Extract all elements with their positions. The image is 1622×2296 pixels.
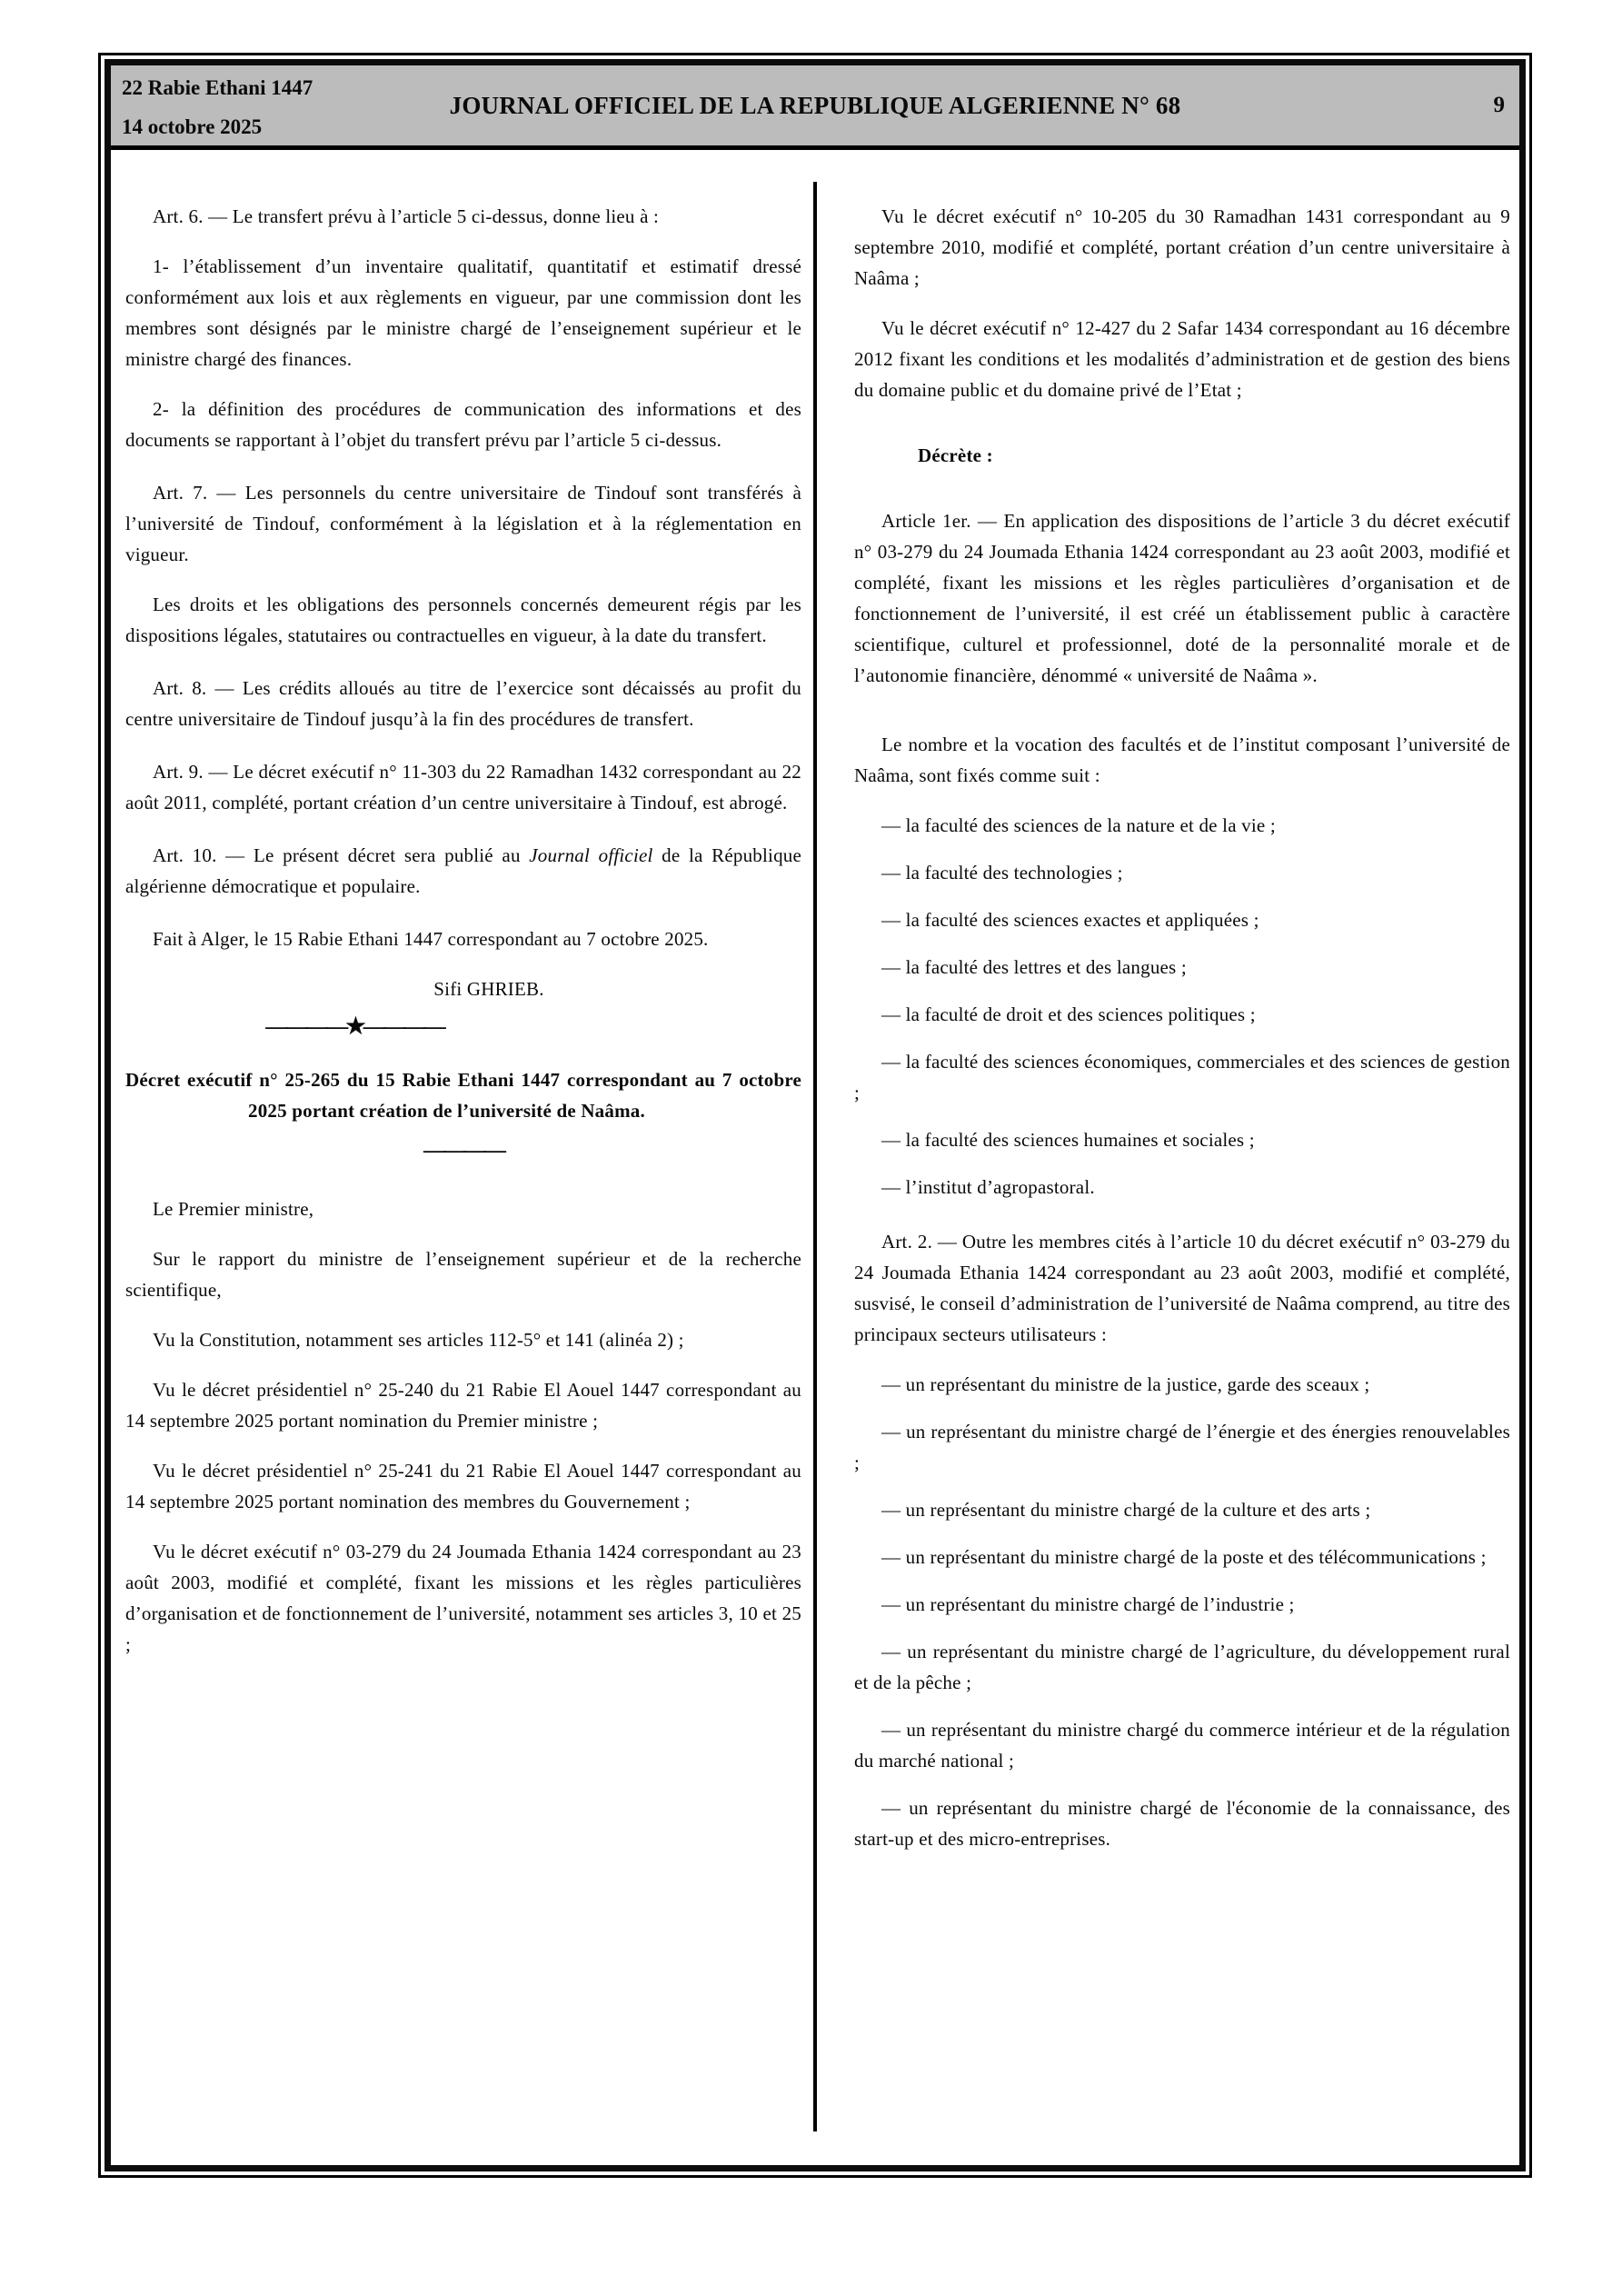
article-6-item-2: 2- la définition des procédures de commu… [125, 394, 801, 455]
article-8-paragraph: Art. 8. — Les crédits alloués au titre d… [125, 673, 801, 734]
page-frame: 22 Rabie Ethani 1447 14 octobre 2025 JOU… [98, 53, 1532, 2178]
signature: Sifi GHRIEB. [125, 973, 801, 1004]
dash-separator: ———— [125, 1135, 801, 1166]
page-content: Art. 6. — Le transfert prévu à l’article… [111, 150, 1519, 2165]
faculties-intro-paragraph: Le nombre et la vocation des facultés et… [854, 729, 1510, 791]
left-column: Art. 6. — Le transfert prévu à l’article… [125, 150, 801, 2165]
representative-item: — un représentant du ministre chargé du … [854, 1714, 1510, 1776]
right-column: Vu le décret exécutif n° 10-205 du 30 Ra… [854, 150, 1510, 2165]
article-1-paragraph: Article 1er. — En application des dispos… [854, 505, 1510, 691]
premier-ministre-paragraph: Le Premier ministre, [125, 1193, 801, 1224]
decret-25-240-paragraph: Vu le décret présidentiel n° 25-240 du 2… [125, 1374, 801, 1436]
page-number: 9 [1494, 65, 1506, 145]
decret-03-279-paragraph: Vu le décret exécutif n° 03-279 du 24 Jo… [125, 1536, 801, 1660]
rapport-paragraph: Sur le rapport du ministre de l’enseigne… [125, 1243, 801, 1305]
article-6-paragraph: Art. 6. — Le transfert prévu à l’article… [125, 201, 801, 232]
page-frame-inner: 22 Rabie Ethani 1447 14 octobre 2025 JOU… [104, 59, 1526, 2171]
column-divider [813, 182, 817, 2131]
representative-item: — un représentant du ministre chargé de … [854, 1636, 1510, 1698]
article-7-rights-paragraph: Les droits et les obligations des person… [125, 589, 801, 651]
article-10-text-before: Art. 10. — Le présent décret sera publié… [153, 844, 529, 866]
faculty-item: — la faculté des sciences humaines et so… [854, 1124, 1510, 1155]
decree-heading: Décret exécutif n° 25-265 du 15 Rabie Et… [125, 1064, 801, 1126]
faculty-item: — l’institut d’agropastoral. [854, 1172, 1510, 1203]
constitution-paragraph: Vu la Constitution, notamment ses articl… [125, 1324, 801, 1355]
faculty-item: — la faculté des sciences de la nature e… [854, 810, 1510, 841]
journal-officiel-italic: Journal officiel [529, 844, 652, 866]
faculty-item: — la faculté des technologies ; [854, 857, 1510, 888]
representative-item: — un représentant du ministre chargé de … [854, 1494, 1510, 1525]
representative-item: — un représentant du ministre chargé de … [854, 1542, 1510, 1572]
decret-12-427-paragraph: Vu le décret exécutif n° 12-427 du 2 Saf… [854, 313, 1510, 405]
representative-item: — un représentant du ministre chargé de … [854, 1416, 1510, 1478]
fait-a-alger-paragraph: Fait à Alger, le 15 Rabie Ethani 1447 co… [125, 923, 801, 954]
representative-item: — un représentant du ministre de la just… [854, 1369, 1510, 1400]
article-2-paragraph: Art. 2. — Outre les membres cités à l’ar… [854, 1226, 1510, 1350]
representative-item: — un représentant du ministre chargé de … [854, 1589, 1510, 1620]
faculty-item: — la faculté des lettres et des langues … [854, 952, 1510, 983]
faculty-item: — la faculté des sciences économiques, c… [854, 1046, 1510, 1108]
decret-10-205-paragraph: Vu le décret exécutif n° 10-205 du 30 Ra… [854, 201, 1510, 294]
faculty-item: — la faculté des sciences exactes et app… [854, 904, 1510, 935]
article-7-paragraph: Art. 7. — Les personnels du centre unive… [125, 477, 801, 570]
journal-header: 22 Rabie Ethani 1447 14 octobre 2025 JOU… [111, 65, 1519, 150]
article-10-paragraph: Art. 10. — Le présent décret sera publié… [125, 840, 801, 902]
journal-page: { "header": { "date_hijri": "22 Rabie Et… [0, 0, 1622, 2296]
star-separator: ————★———— [125, 1012, 583, 1043]
faculty-item: — la faculté de droit et des sciences po… [854, 999, 1510, 1030]
representative-item: — un représentant du ministre chargé de … [854, 1792, 1510, 1854]
decrete-label: Décrète : [918, 440, 1510, 471]
article-6-item-1: 1- l’établissement d’un inventaire quali… [125, 251, 801, 374]
article-9-paragraph: Art. 9. — Le décret exécutif n° 11-303 d… [125, 756, 801, 818]
decret-25-241-paragraph: Vu le décret présidentiel n° 25-241 du 2… [125, 1455, 801, 1517]
journal-title: JOURNAL OFFICIEL DE LA REPUBLIQUE ALGERI… [111, 65, 1519, 145]
